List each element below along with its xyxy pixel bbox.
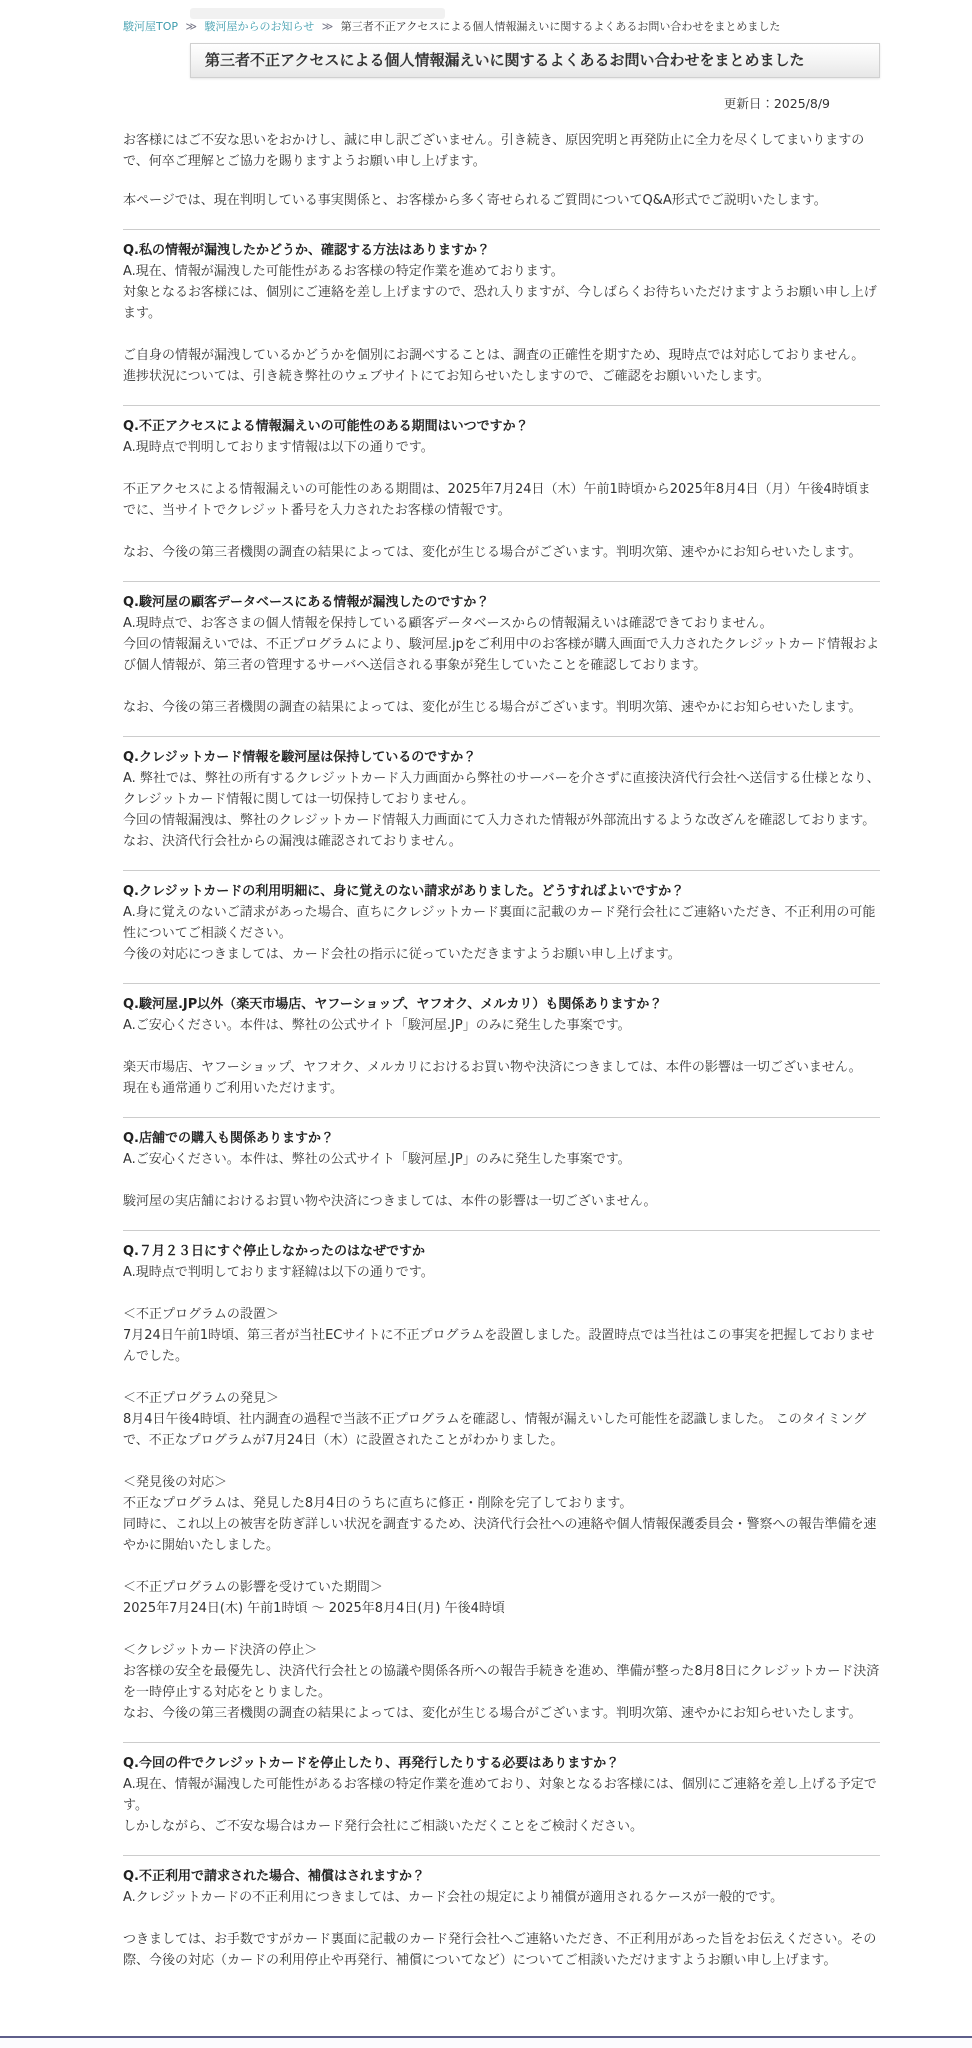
intro-paragraph: 本ページでは、現在判明している事実関係と、お客様から多く寄せられるご質問について… [123, 190, 880, 211]
updated-date: 更新日：2025/8/9 [123, 94, 880, 112]
faq-item: Q.駿河屋の顧客データベースにある情報が漏洩したのですか？A.現時点で、お客さま… [123, 581, 880, 718]
blank-line [123, 1036, 880, 1057]
blank-line [123, 676, 880, 697]
breadcrumb-separator-icon: ≫ [322, 20, 334, 33]
faq-answer-line: 7月24日午前1時頃、第三者が当社ECサイトに不正プログラムを設置しました。設置… [123, 1325, 880, 1367]
faq-item: Q.７月２３日にすぐ停止しなかったのはなぜですかA.現時点で判明しております経緯… [123, 1230, 880, 1724]
faq-answer-line: A.現時点で判明しております情報は以下の通りです。 [123, 437, 880, 458]
faq-answer-line: ＜不正プログラムの発見＞ [123, 1388, 880, 1409]
faq-answer-line: お客様の安全を最優先し、決済代行会社との協議や関係各所への報告手続きを進め、準備… [123, 1661, 880, 1703]
faq-answer-line: 対象となるお客様には、個別にご連絡を差し上げますので、恐れ入りますが、今しばらく… [123, 282, 880, 324]
faq-answer-line: 不正アクセスによる情報漏えいの可能性のある期間は、2025年7月24日（木）午前… [123, 479, 880, 521]
faq-answer-line: 今回の情報漏洩は、弊社のクレジットカード情報入力画面にて入力された情報が外部流出… [123, 810, 880, 831]
faq-question: Q.不正アクセスによる情報漏えいの可能性のある期間はいつですか？ [123, 416, 880, 437]
faq-item: Q.店舗での購入も関係ありますか？A.ご安心ください。本件は、弊社の公式サイト「… [123, 1117, 880, 1212]
faq-question: Q.不正利用で請求された場合、補償はされますか？ [123, 1866, 880, 1887]
faq-question: Q.クレジットカードの利用明細に、身に覚えのない請求がありました。どうすればよい… [123, 881, 880, 902]
faq-answer-line: 進捗状況については、引き続き弊社のウェブサイトにてお知らせいたしますので、ご確認… [123, 366, 880, 387]
blank-line [123, 521, 880, 542]
blank-line [123, 1556, 880, 1577]
faq-answer-line: なお、決済代行会社からの漏洩は確認されておりません。 [123, 831, 880, 852]
faq-answer-line: A.現在、情報が漏洩した可能性があるお客様の特定作業を進めており、対象となるお客… [123, 1774, 880, 1816]
page-title: 第三者不正アクセスによる個人情報漏えいに関するよくあるお問い合わせをまとめました [190, 43, 880, 78]
faq-answer-line: なお、今後の第三者機関の調査の結果によっては、変化が生じる場合がございます。判明… [123, 697, 880, 718]
blank-line [123, 324, 880, 345]
faq-answer-line: ＜不正プログラムの設置＞ [123, 1304, 880, 1325]
faq-item: Q.今回の件でクレジットカードを停止したり、再発行したりする必要はありますか？A… [123, 1742, 880, 1837]
faq-answer-line: A.現在、情報が漏洩した可能性があるお客様の特定作業を進めております。 [123, 261, 880, 282]
blank-line [123, 1283, 880, 1304]
faq-item: Q.駿河屋.JP以外（楽天市場店、ヤフーショップ、ヤフオク、メルカリ）も関係あり… [123, 983, 880, 1099]
intro-paragraph: お客様にはご不安な思いをおかけし、誠に申し訳ございません。引き続き、原因究明と再… [123, 130, 880, 172]
blank-line [123, 1619, 880, 1640]
faq-answer-line: 現在も通常通りご利用いただけます。 [123, 1078, 880, 1099]
faq-answer-line: ＜不正プログラムの影響を受けていた期間＞ [123, 1577, 880, 1598]
breadcrumb-link-top[interactable]: 駿河屋TOP [123, 20, 178, 33]
faq-answer-line: 今後の対応につきましては、カード会社の指示に従っていただきますようお願い申し上げ… [123, 944, 880, 965]
faq-answer-line: なお、今後の第三者機関の調査の結果によっては、変化が生じる場合がございます。判明… [123, 1703, 880, 1724]
footer-area [0, 2038, 972, 2048]
faq-item: Q.私の情報が漏洩したかどうか、確認する方法はありますか？A.現在、情報が漏洩し… [123, 229, 880, 387]
faq-answer-line: ご自身の情報が漏洩しているかどうかを個別にお調べすることは、調査の正確性を期すた… [123, 345, 880, 366]
faq-question: Q.駿河屋の顧客データベースにある情報が漏洩したのですか？ [123, 592, 880, 613]
faq-answer-line: 2025年7月24日(木) 午前1時頃 ～ 2025年8月4日(月) 午後4時頃 [123, 1598, 880, 1619]
faq-answer-line: A.ご安心ください。本件は、弊社の公式サイト「駿河屋.JP」のみに発生した事案で… [123, 1015, 880, 1036]
breadcrumb: 駿河屋TOP ≫ 駿河屋からのお知らせ ≫ 第三者不正アクセスによる個人情報漏え… [123, 20, 880, 34]
faq-answer-line: ＜クレジットカード決済の停止＞ [123, 1640, 880, 1661]
faq-page: 駿河屋TOP ≫ 駿河屋からのお知らせ ≫ 第三者不正アクセスによる個人情報漏え… [0, 0, 972, 1971]
faq-list: Q.私の情報が漏洩したかどうか、確認する方法はありますか？A.現在、情報が漏洩し… [123, 229, 880, 1971]
faq-answer-line: しかしながら、ご不安な場合はカード発行会社にご相談いただくことをご検討ください。 [123, 1816, 880, 1837]
blank-line [123, 1908, 880, 1929]
breadcrumb-link-news[interactable]: 駿河屋からのお知らせ [205, 20, 315, 33]
faq-answer-line: A.身に覚えのないご請求があった場合、直ちにクレジットカード裏面に記載のカード発… [123, 902, 880, 944]
faq-item: Q.クレジットカードの利用明細に、身に覚えのない請求がありました。どうすればよい… [123, 870, 880, 965]
faq-item: Q.クレジットカード情報を駿河屋は保持しているのですか？A. 弊社では、弊社の所… [123, 736, 880, 852]
faq-question: Q.７月２３日にすぐ停止しなかったのはなぜですか [123, 1241, 880, 1262]
faq-question: Q.今回の件でクレジットカードを停止したり、再発行したりする必要はありますか？ [123, 1753, 880, 1774]
faq-answer-line: なお、今後の第三者機関の調査の結果によっては、変化が生じる場合がございます。判明… [123, 542, 880, 563]
faq-item: Q.不正利用で請求された場合、補償はされますか？A.クレジットカードの不正利用に… [123, 1855, 880, 1971]
faq-answer-line: A.現時点で、お客さまの個人情報を保持している顧客データベースからの情報漏えいは… [123, 613, 880, 634]
faq-question: Q.私の情報が漏洩したかどうか、確認する方法はありますか？ [123, 240, 880, 261]
breadcrumb-current: 第三者不正アクセスによる個人情報漏えいに関するよくあるお問い合わせをまとめました [341, 20, 781, 33]
faq-question: Q.クレジットカード情報を駿河屋は保持しているのですか？ [123, 747, 880, 768]
faq-answer-line: 今回の情報漏えいでは、不正プログラムにより、駿河屋.jpをご利用中のお客様が購入… [123, 634, 880, 676]
faq-answer-line: 駿河屋の実店舗におけるお買い物や決済につきましては、本件の影響は一切ございません… [123, 1191, 880, 1212]
faq-answer-line: 楽天市場店、ヤフーショップ、ヤフオク、メルカリにおけるお買い物や決済につきまして… [123, 1057, 880, 1078]
faq-answer-line: つきましては、お手数ですがカード裏面に記載のカード発行会社へご連絡いただき、不正… [123, 1929, 880, 1971]
faq-question: Q.駿河屋.JP以外（楽天市場店、ヤフーショップ、ヤフオク、メルカリ）も関係あり… [123, 994, 880, 1015]
faq-answer-line: ＜発見後の対応＞ [123, 1472, 880, 1493]
faq-answer-line: 8月4日午後4時頃、社内調査の過程で当該不正プログラムを確認し、情報が漏えいした… [123, 1409, 880, 1451]
blank-line [123, 458, 880, 479]
faq-answer-line: 同時に、これ以上の被害を防ぎ詳しい状況を調査するため、決済代行会社への連絡や個人… [123, 1514, 880, 1556]
blank-line [123, 1170, 880, 1191]
faq-answer-line: A. 弊社では、弊社の所有するクレジットカード入力画面から弊社のサーバーを介さず… [123, 768, 880, 810]
faq-answer-line: A.現時点で判明しております経緯は以下の通りです。 [123, 1262, 880, 1283]
faq-question: Q.店舗での購入も関係ありますか？ [123, 1128, 880, 1149]
breadcrumb-separator-icon: ≫ [186, 20, 198, 33]
blank-line [123, 1367, 880, 1388]
faq-answer-line: A.クレジットカードの不正利用につきましては、カード会社の規定により補償が適用さ… [123, 1887, 880, 1908]
blank-line [123, 1451, 880, 1472]
faq-item: Q.不正アクセスによる情報漏えいの可能性のある期間はいつですか？A.現時点で判明… [123, 405, 880, 563]
faq-answer-line: A.ご安心ください。本件は、弊社の公式サイト「駿河屋.JP」のみに発生した事案で… [123, 1149, 880, 1170]
faq-answer-line: 不正なプログラムは、発見した8月4日のうちに直ちに修正・削除を完了しております。 [123, 1493, 880, 1514]
faded-header-artifact [190, 8, 445, 19]
